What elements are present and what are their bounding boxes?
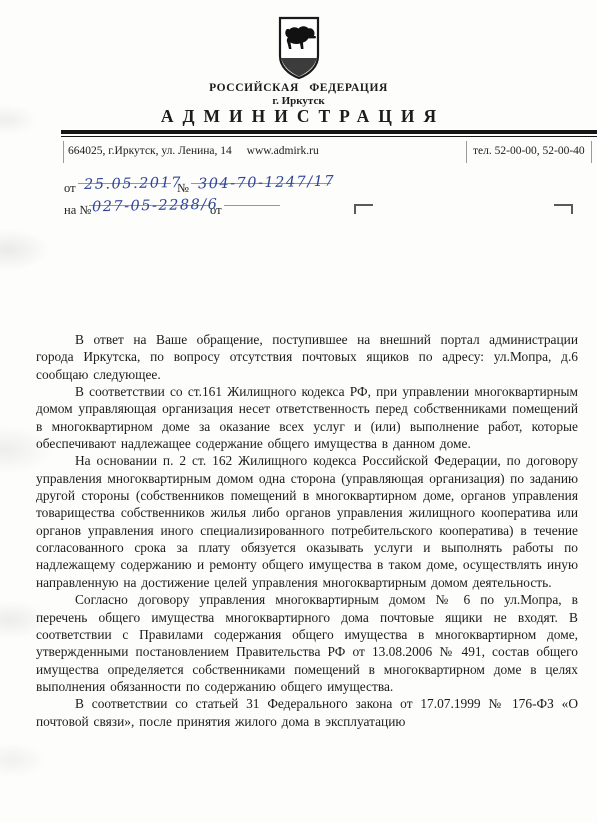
- body-paragraph: В соответствии со статьей 31 Федеральног…: [36, 695, 578, 730]
- body-paragraph: В ответ на Ваше обращение, поступившее н…: [36, 331, 578, 383]
- ref-date-label: от: [64, 181, 76, 196]
- letterhead-contact-row: 664025, г.Иркутск, ул. Ленина, 14 www.ad…: [0, 141, 597, 165]
- letterhead-phone: тел. 52-00-00, 52-00-40: [466, 141, 592, 163]
- addressee-corner-mark-left: [354, 204, 373, 214]
- scanned-letter-page: РОССИЙСКАЯ ФЕДЕРАЦИЯ г. Иркутск АДМИНИСТ…: [0, 0, 597, 823]
- letterhead-website: www.admirk.ru: [247, 145, 319, 157]
- reply-date-underline: [224, 190, 280, 206]
- reply-number-handwritten: 027-05-2288/6: [92, 197, 219, 216]
- ref-date-handwritten: 25.05.2017: [84, 175, 182, 193]
- ref-number-handwritten: 304-70-1247/17: [198, 174, 335, 193]
- body-paragraph: В соответствии со ст.161 Жилищного кодек…: [36, 383, 578, 452]
- irkutsk-coat-of-arms: [278, 16, 320, 80]
- letterhead-country: РОССИЙСКАЯ ФЕДЕРАЦИЯ: [0, 82, 597, 94]
- letterhead-address-block: 664025, г.Иркутск, ул. Ленина, 14 www.ad…: [63, 141, 319, 163]
- letterhead-organization: АДМИНИСТРАЦИЯ: [0, 106, 597, 127]
- reply-number-label: на №: [64, 203, 91, 218]
- letter-body: В ответ на Ваше обращение, поступившее н…: [36, 331, 578, 730]
- body-paragraph: Согласно договору управления многокварти…: [36, 591, 578, 695]
- letterhead-address: 664025, г.Иркутск, ул. Ленина, 14: [68, 145, 232, 157]
- addressee-corner-mark-right: [554, 204, 573, 214]
- body-paragraph: На основании п. 2 ст. 162 Жилищного коде…: [36, 452, 578, 591]
- letterhead-rule: [61, 130, 597, 137]
